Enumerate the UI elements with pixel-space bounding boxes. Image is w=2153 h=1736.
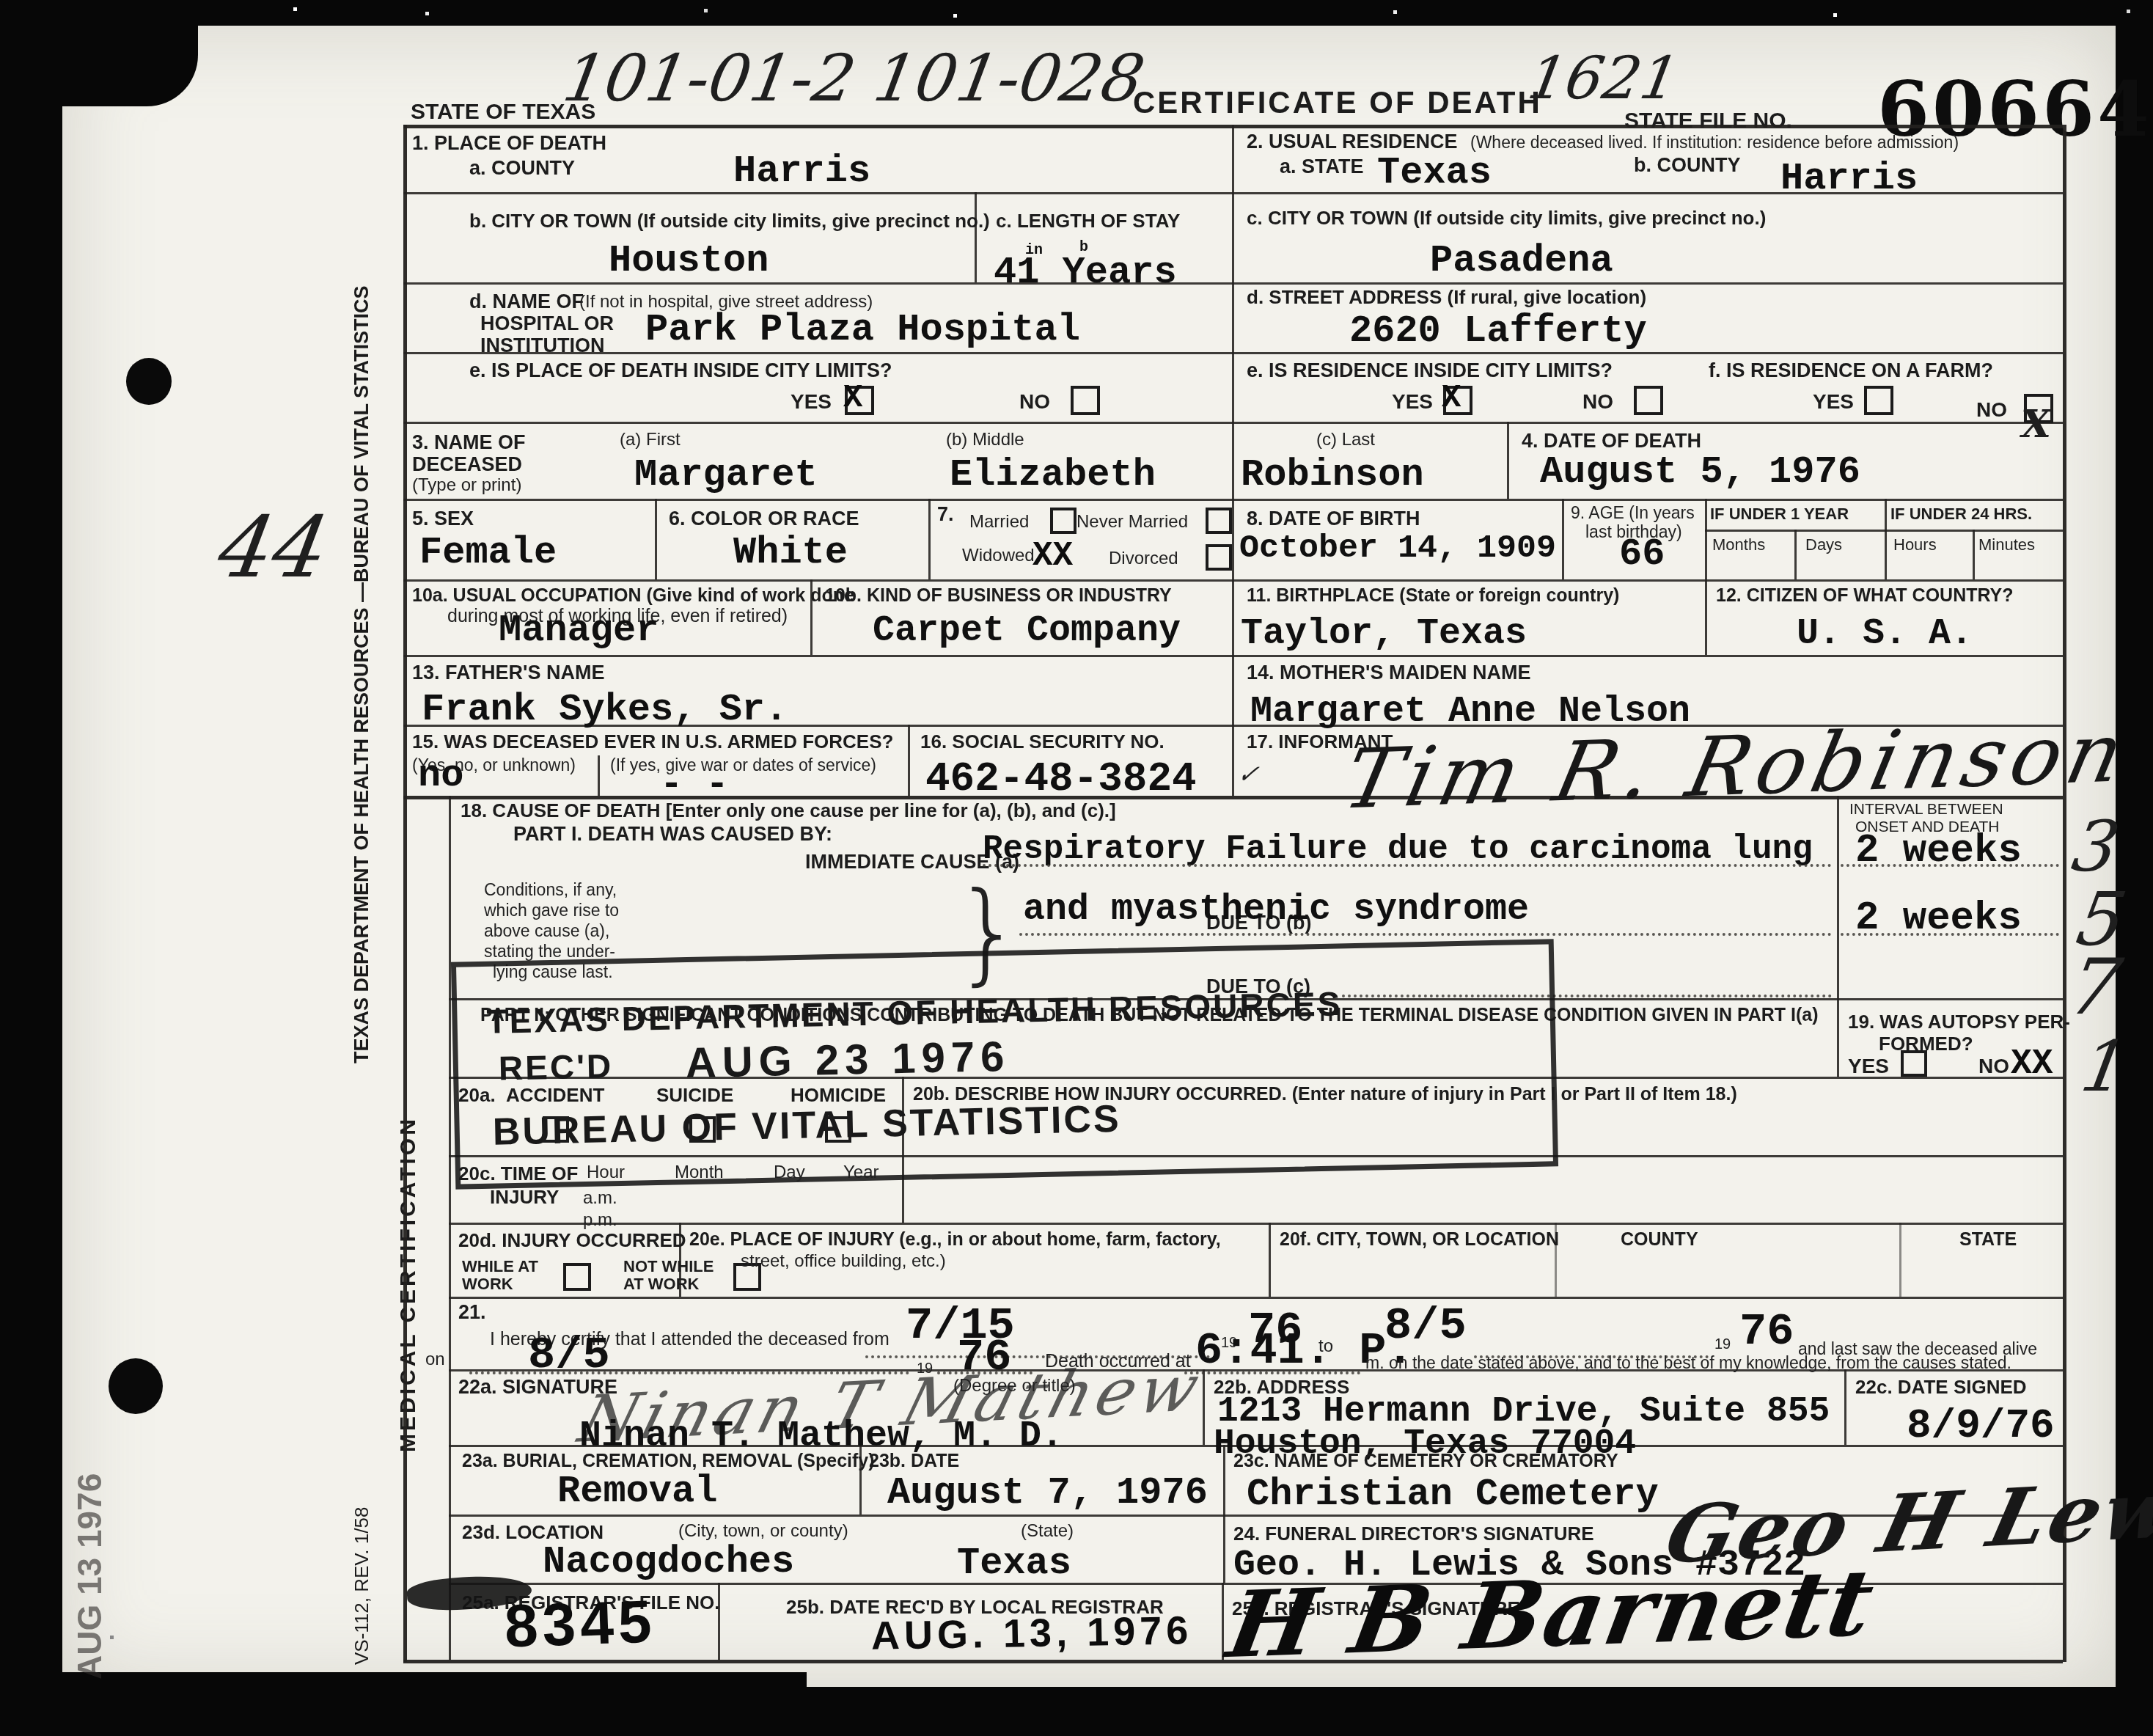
- ssn-value: 462-48-3824: [925, 755, 1197, 802]
- occupation-value: Manager: [499, 609, 659, 652]
- no-checkbox: [1071, 386, 1100, 415]
- months-label: Months: [1712, 535, 1765, 554]
- yes-label: YES: [791, 390, 832, 414]
- yes-check-mark: X: [1442, 380, 1461, 417]
- dotted-rule: [1841, 864, 2059, 867]
- last-name-value: Robinson: [1241, 453, 1424, 497]
- hospital-label-3: INSTITUTION: [480, 334, 605, 357]
- race-label: 6. COLOR OR RACE: [669, 508, 859, 530]
- certify-number: 21.: [458, 1301, 486, 1324]
- form-line: [1223, 1445, 1225, 1583]
- usual-residence-hint: (Where deceased lived. If institution: r…: [1470, 133, 1959, 153]
- form-line: [403, 125, 407, 1662]
- residence-city-value: Pasadena: [1430, 239, 1613, 282]
- residence-farm-label: f. IS RESIDENCE ON A FARM?: [1709, 359, 1993, 382]
- sex-value: Female: [419, 531, 557, 574]
- form-line: [655, 499, 657, 579]
- length-of-stay-value: 41 Years: [994, 251, 1177, 294]
- citizen-value: U. S. A.: [1797, 613, 1973, 655]
- form-line: [1837, 796, 1839, 1077]
- burial-value: Removal: [557, 1470, 717, 1513]
- autopsy-label-1: 19. WAS AUTOPSY PER-: [1848, 1011, 2070, 1033]
- father-name-label: 13. FATHER'S NAME: [412, 662, 604, 684]
- county-value: Harris: [733, 150, 870, 193]
- age-label-1: 9. AGE (In years: [1571, 503, 1695, 523]
- accident-checkbox: [543, 1116, 569, 1143]
- form-line: [1562, 499, 1564, 579]
- date-signed-label: 22c. DATE SIGNED: [1855, 1376, 2027, 1399]
- degree-or-title-label: (Degree or title): [953, 1376, 1076, 1396]
- birth-date-label: 8. DATE OF BIRTH: [1247, 508, 1420, 530]
- autopsy-yes-checkbox: [1901, 1050, 1927, 1077]
- form-line: [1269, 1223, 1271, 1297]
- hospital-label-2: HOSPITAL OR: [480, 312, 614, 335]
- occupation-label-1: 10a. USUAL OCCUPATION (Give kind of work…: [412, 585, 854, 607]
- on-word: on: [425, 1349, 445, 1370]
- form-line: [449, 1223, 2063, 1225]
- film-specks: [293, 7, 297, 11]
- registrar-file-number-stamp: 8345: [503, 1587, 657, 1661]
- hour-label: Hour: [587, 1162, 625, 1183]
- street-address-value: 2620 Lafferty: [1349, 310, 1647, 353]
- minutes-label: Minutes: [1978, 535, 2035, 554]
- dotted-rule: [1841, 933, 2059, 936]
- birth-date-value: October 14, 1909: [1239, 530, 1556, 567]
- race-value: White: [733, 531, 848, 574]
- registrar-date-stamp: AUG. 13, 1976: [870, 1608, 1192, 1659]
- length-of-stay-label: c. LENGTH OF STAY: [996, 210, 1180, 232]
- location-city-hint: (City, town, or county): [678, 1521, 848, 1542]
- form-line: [1705, 579, 1707, 655]
- birthplace-value: Taylor, Texas: [1241, 613, 1527, 655]
- immediate-cause-value: Respiratory Failure due to carcinoma lun…: [983, 830, 1813, 868]
- county-label: a. COUNTY: [469, 157, 575, 180]
- autopsy-no-mark: XX: [2011, 1044, 2053, 1084]
- age-value: 66: [1619, 532, 1665, 576]
- form-line: [1507, 422, 1509, 499]
- time-of-injury-label-2: INJURY: [490, 1186, 559, 1209]
- stamp-recd-label: REC'D: [498, 1046, 613, 1088]
- location-state-value: Texas: [957, 1542, 1071, 1585]
- form-line: [449, 1297, 2063, 1299]
- homicide-checkbox: [825, 1116, 851, 1143]
- am-label: a.m.: [583, 1188, 617, 1209]
- hospital-label-1: d. NAME OF: [469, 290, 584, 313]
- stamp-date: AUG 23 1976: [685, 1032, 1011, 1088]
- divorced-label: Divorced: [1109, 549, 1178, 569]
- burial-date-label: 23b. DATE: [869, 1451, 959, 1472]
- interval-header-1: INTERVAL BETWEEN: [1849, 801, 2003, 818]
- conditions-note-1: Conditions, if any,: [484, 880, 617, 900]
- film-corner-blob: [0, 0, 198, 106]
- autopsy-no-label: NO: [1978, 1055, 2009, 1078]
- form-line: [908, 725, 910, 796]
- form-line: [975, 192, 977, 282]
- widowed-label: Widowed: [962, 546, 1035, 566]
- conditions-note-2: which gave rise to: [484, 901, 619, 920]
- form-line: [1844, 1369, 1846, 1445]
- handwritten-margin-note: 44: [211, 499, 336, 597]
- cemetery-label: 23c. NAME OF CEMETERY OR CREMATORY: [1233, 1451, 1618, 1472]
- stamp-agency-line: TEXAS DEPARTMENT OF HEALTH RESOURCES: [486, 984, 1343, 1041]
- citizen-label: 12. CITIZEN OF WHAT COUNTRY?: [1716, 585, 2014, 607]
- location-state-hint: (State): [1021, 1521, 1074, 1542]
- armed-forces-label: 15. WAS DECEASED EVER IN U.S. ARMED FORC…: [412, 730, 893, 753]
- never-married-checkbox: [1206, 508, 1232, 534]
- divorced-checkbox: [1206, 544, 1232, 571]
- first-name-label: (a) First: [620, 430, 681, 450]
- agency-vertical-label: TEXAS DEPARTMENT OF HEALTH RESOURCES —BU…: [351, 330, 373, 1063]
- form-line: [2063, 125, 2066, 1662]
- funeral-director-label: 24. FUNERAL DIRECTOR'S SIGNATURE: [1233, 1523, 1594, 1545]
- married-checkbox: [1050, 508, 1076, 534]
- cemetery-value: Christian Cemetery: [1247, 1473, 1659, 1516]
- form-number-vertical: VS-112, REV. 1/58: [351, 1489, 373, 1665]
- form-line: [449, 796, 451, 1660]
- marital-label: 7.: [937, 503, 954, 526]
- injury-state-label: STATE: [1959, 1229, 2017, 1250]
- yes-label: YES: [1392, 390, 1433, 414]
- form-line: [1222, 1583, 1224, 1660]
- describe-injury-label: 20b. DESCRIBE HOW INJURY OCCURRED. (Ente…: [913, 1084, 1737, 1105]
- year-label: Year: [843, 1162, 879, 1183]
- handwritten-number: 1621: [1523, 44, 1684, 112]
- usual-residence-title: 2. USUAL RESIDENCE: [1247, 131, 1458, 153]
- accident-label: ACCIDENT: [506, 1084, 604, 1107]
- middle-name-value: Elizabeth: [950, 453, 1156, 497]
- form-line: [1899, 1223, 1901, 1297]
- birthplace-label: 11. BIRTHPLACE (State or foreign country…: [1247, 585, 1619, 607]
- last-name-label: (c) Last: [1316, 430, 1375, 450]
- while-at-work-label-1: WHILE AT: [462, 1257, 538, 1276]
- form-line: [928, 499, 931, 579]
- widowed-mark: XX: [1033, 537, 1073, 575]
- under-1-year-label: IF UNDER 1 YEAR: [1710, 505, 1849, 524]
- deceased-title-2: DECEASED: [412, 453, 522, 476]
- deceased-title-1: 3. NAME OF: [412, 431, 526, 454]
- not-while-at-work-label-1: NOT WHILE: [623, 1257, 714, 1276]
- while-at-work-label-2: WORK: [462, 1275, 513, 1294]
- residence-county-label: b. COUNTY: [1634, 154, 1741, 177]
- burial-label: 23a. BURIAL, CREMATION, REMOVAL (Specify…: [462, 1451, 875, 1472]
- married-label: Married: [969, 512, 1029, 532]
- injury-occurred-label: 20d. INJURY OCCURRED: [458, 1229, 686, 1252]
- received-stamp: TEXAS DEPARTMENT OF HEALTH RESOURCES REC…: [451, 939, 1558, 1189]
- hours-label: Hours: [1893, 535, 1937, 554]
- homicide-label: HOMICIDE: [791, 1084, 886, 1107]
- place-of-death-title: 1. PLACE OF DEATH: [412, 132, 606, 155]
- form-line: [598, 755, 600, 796]
- month-label: Month: [675, 1162, 724, 1183]
- film-bottom-band-left: [0, 1672, 807, 1702]
- form-line: [1794, 530, 1797, 579]
- day-label: Day: [774, 1162, 805, 1183]
- injury-county-label: COUNTY: [1621, 1229, 1698, 1250]
- mother-name-label: 14. MOTHER'S MAIDEN NAME: [1247, 662, 1530, 684]
- year-prefix: 19: [1714, 1336, 1731, 1353]
- autopsy-yes-label: YES: [1848, 1055, 1889, 1078]
- no-label: NO: [1019, 390, 1050, 414]
- under-24-hrs-label: IF UNDER 24 HRS.: [1890, 505, 2032, 524]
- residence-county-value: Harris: [1780, 157, 1918, 200]
- death-certificate-scan: TEXAS DEPARTMENT OF HEALTH RESOURCES —BU…: [0, 0, 2153, 1736]
- street-address-label: d. STREET ADDRESS (If rural, give locati…: [1247, 286, 1646, 309]
- residence-state-value: Texas: [1377, 151, 1492, 194]
- form-line: [1973, 530, 1975, 579]
- death-city-limits-label: e. IS PLACE OF DEATH INSIDE CITY LIMITS?: [469, 359, 892, 382]
- armed-forces-hint-2: (If yes, give war or dates of service): [610, 755, 876, 775]
- film-date-stamp-vertical: AUG 13 1976: [70, 1415, 109, 1680]
- never-married-label: Never Married: [1076, 512, 1188, 532]
- date-signed-value: 8/9/76: [1907, 1402, 2055, 1449]
- suicide-label: SUICIDE: [656, 1084, 733, 1107]
- date-of-death-label: 4. DATE OF DEATH: [1522, 430, 1701, 453]
- hole-punch-bottom: [109, 1358, 163, 1414]
- dotted-rule: [983, 864, 1832, 867]
- days-label: Days: [1805, 535, 1842, 554]
- place-of-injury-label-1: 20e. PLACE OF INJURY (e.g., in or about …: [689, 1229, 1221, 1250]
- ssn-label: 16. SOCIAL SECURITY NO.: [920, 730, 1164, 753]
- state-file-no-label: STATE FILE NO.: [1624, 109, 1792, 133]
- cause-of-death-title: 18. CAUSE OF DEATH [Enter only one cause…: [461, 799, 1116, 822]
- not-while-at-work-label-2: AT WORK: [623, 1275, 699, 1294]
- injury-20a-label: 20a.: [458, 1084, 496, 1107]
- conditions-note-3: above cause (a),: [484, 921, 609, 941]
- suicide-checkbox: [689, 1116, 716, 1143]
- hospital-value: Park Plaza Hospital: [645, 308, 1080, 351]
- time-of-injury-label-1: 20c. TIME OF: [458, 1162, 578, 1185]
- location-city-value: Nacogdoches: [543, 1540, 794, 1583]
- no-label: NO: [1582, 390, 1613, 414]
- armed-forces-value: no: [418, 754, 463, 797]
- deceased-title-3: (Type or print): [412, 475, 521, 496]
- residence-state-label: a. STATE: [1280, 155, 1364, 178]
- date-of-death-value: August 5, 1976: [1540, 450, 1860, 494]
- sex-label: 5. SEX: [412, 508, 474, 530]
- form-line: [1232, 125, 1234, 796]
- burial-date-value: August 7, 1976: [887, 1471, 1208, 1515]
- form-line: [1885, 499, 1887, 579]
- while-at-work-checkbox: [563, 1263, 591, 1291]
- city-label: b. CITY OR TOWN (If outside city limits,…: [469, 210, 990, 232]
- residence-city-label: c. CITY OR TOWN (If outside city limits,…: [1247, 207, 1766, 230]
- injury-city-label: 20f. CITY, TOWN, OR LOCATION: [1280, 1229, 1559, 1250]
- industry-label: 10b. KIND OF BUSINESS OR INDUSTRY: [825, 585, 1172, 607]
- first-name-value: Margaret: [634, 453, 818, 497]
- yes-checkbox: [1864, 386, 1893, 415]
- certify-text-3: m. on the date stated above, and to the …: [1365, 1353, 2011, 1373]
- dotted-rule: [1184, 1371, 1360, 1374]
- to-year-value: 76: [1739, 1305, 1794, 1358]
- form-line: [1705, 499, 1707, 579]
- place-of-injury-label-2: street, office building, etc.): [741, 1251, 946, 1272]
- form-line: [1705, 530, 2063, 532]
- handwritten-registration-codes: 101-01-2 101-028: [558, 40, 1150, 116]
- medical-certification-vertical-label: MEDICAL CERTIFICATION: [396, 1027, 421, 1452]
- no-checkbox: [1634, 386, 1663, 415]
- certificate-title: CERTIFICATE OF DEATH: [1133, 85, 1542, 120]
- due-to-b-value: and myasthenic syndrome: [1023, 889, 1529, 931]
- industry-value: Carpet Company: [873, 610, 1181, 652]
- part1-label: PART I. DEATH WAS CAUSED BY:: [513, 823, 832, 846]
- city-value: Houston: [609, 239, 769, 282]
- residence-city-limits-label: e. IS RESIDENCE INSIDE CITY LIMITS?: [1247, 359, 1613, 382]
- yes-check-mark: X: [843, 380, 862, 417]
- no-label: NO: [1976, 398, 2007, 422]
- yes-label: YES: [1813, 390, 1854, 414]
- hole-punch-top: [126, 358, 172, 405]
- middle-name-label: (b) Middle: [946, 430, 1024, 450]
- father-name-value: Frank Sykes, Sr.: [422, 688, 788, 731]
- pm-label: p.m.: [583, 1210, 617, 1231]
- dotted-rule: [1019, 933, 1832, 936]
